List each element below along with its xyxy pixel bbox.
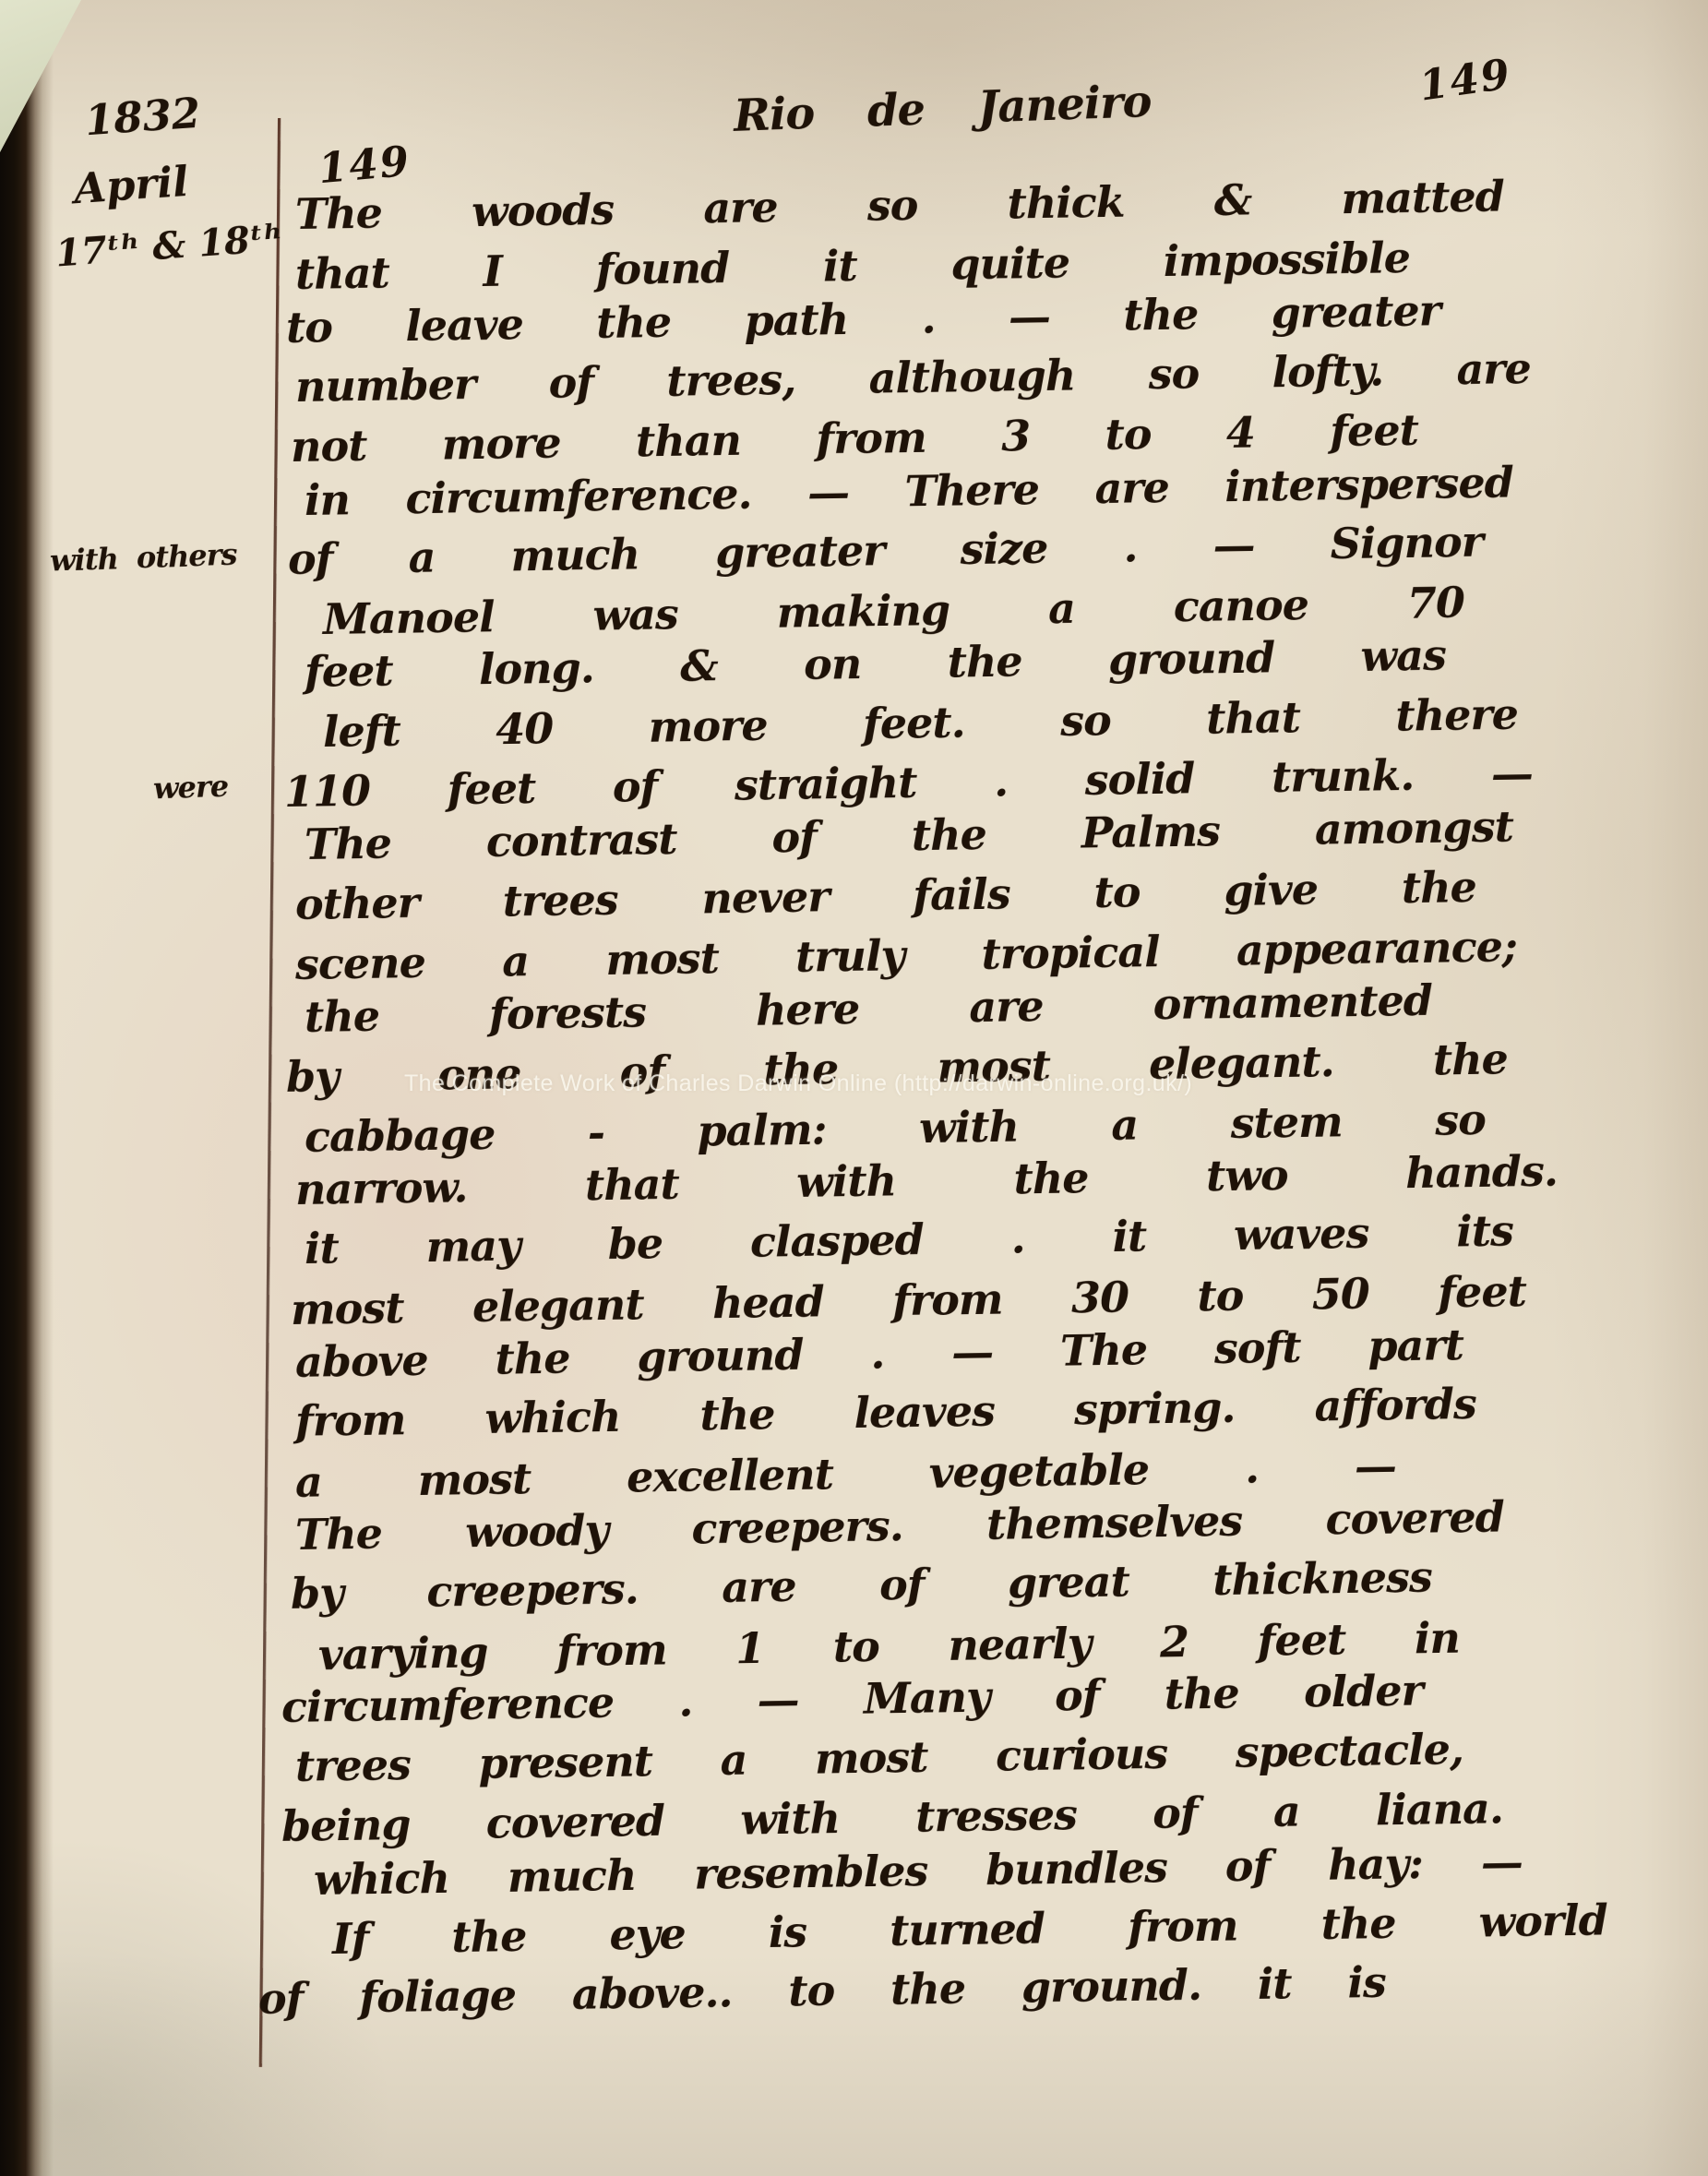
manuscript-word: - [587, 1107, 604, 1157]
manuscript-word: the [1401, 862, 1476, 913]
manuscript-word: feet [305, 646, 393, 697]
manuscript-word: the [1164, 1668, 1239, 1718]
manuscript-word: head [712, 1276, 824, 1328]
watermark: The Complete Work of Charles Darwin Onli… [404, 1070, 1192, 1097]
manuscript-word: the [1320, 1898, 1396, 1949]
manuscript-word: was [1360, 630, 1446, 681]
manuscript-word: contrast [485, 814, 676, 867]
manuscript-word: of [548, 357, 593, 408]
manuscript-word: the [305, 991, 380, 1042]
manuscript-word: with [740, 1793, 841, 1845]
manuscript-word: much [510, 529, 639, 580]
manuscript-word: present [478, 1736, 652, 1788]
manuscript-word: of [258, 1974, 304, 2025]
manuscript-word: the [911, 809, 986, 860]
manuscript-word: to [1105, 409, 1152, 460]
manuscript-word: other [295, 878, 420, 929]
manuscript-word: that [295, 248, 390, 300]
manuscript-word: it [823, 241, 858, 292]
manuscript-word: . [921, 293, 936, 342]
manuscript-word: — [1480, 1836, 1523, 1887]
manuscript-word: its [1456, 1206, 1513, 1257]
manuscript-word: 30 [1071, 1272, 1129, 1322]
manuscript-word: most [291, 1283, 404, 1334]
manuscript-word: interspersed [1224, 457, 1513, 511]
manuscript-word: 1 [735, 1622, 765, 1672]
manuscript-word: 2 [1160, 1617, 1189, 1667]
manuscript-word: most [417, 1453, 531, 1505]
manuscript-word: so [866, 180, 917, 231]
manuscript-word: that [585, 1159, 680, 1211]
manuscript-word: The [305, 819, 392, 869]
manuscript-word: quite [950, 238, 1069, 290]
manuscript-word: the [495, 1333, 570, 1384]
manuscript-word: trees, [666, 354, 796, 406]
manuscript-word: a [1048, 583, 1076, 633]
manuscript-word: & [1213, 175, 1251, 226]
manuscript-word: a [1111, 1099, 1139, 1149]
manuscript-word: that [1206, 692, 1301, 744]
manuscript-word: curious [996, 1728, 1168, 1781]
manuscript-word: I [483, 246, 502, 296]
manuscript-word: Palms [1081, 807, 1220, 858]
manuscript-word: of [771, 812, 817, 863]
manuscript-word: . [1245, 1442, 1260, 1492]
manuscript-word: in [1414, 1612, 1460, 1663]
manuscript-word: themselves [986, 1496, 1243, 1549]
manuscript-word: straight [735, 758, 917, 810]
manuscript-word: of [288, 533, 333, 584]
manuscript-word: tropical [981, 927, 1160, 979]
manuscript-word: — [807, 467, 850, 518]
manuscript-word: older [1304, 1665, 1424, 1716]
manuscript-word: left [323, 705, 401, 756]
manuscript-word: ground. [1021, 1960, 1201, 2013]
manuscript-word: canoe [1173, 580, 1308, 631]
manuscript-word: most [605, 933, 719, 985]
manuscript-word: thickness [1212, 1552, 1432, 1606]
manuscript-word: is [1347, 1957, 1386, 2008]
manuscript-word: the [1432, 1034, 1508, 1084]
manuscript-word: although [868, 350, 1075, 402]
manuscript-word: above.. [571, 1967, 732, 2020]
manuscript-word: from [295, 1395, 406, 1447]
manuscript-word: is [768, 1907, 806, 1957]
margin-date-month: April [72, 157, 190, 214]
manuscript-word: to [1197, 1270, 1244, 1321]
manuscript-word: feet [447, 763, 535, 814]
manuscript-word: — [1354, 1441, 1396, 1491]
manuscript-word: There [904, 464, 1039, 516]
manuscript-word: to [832, 1620, 879, 1671]
manuscript-word: a [720, 1735, 747, 1785]
manuscript-word: was [592, 589, 678, 640]
margin-note: were [152, 769, 228, 807]
manuscript-word: waves [1234, 1208, 1369, 1260]
manuscript-word: appearance; [1236, 921, 1517, 975]
manuscript-word: . [994, 756, 1009, 806]
manuscript-word: 50 [1311, 1268, 1369, 1319]
manuscript-word: a [1272, 1787, 1300, 1836]
manuscript-word: trees [295, 1740, 412, 1791]
manuscript-word: from [816, 412, 926, 464]
manuscript-word: spring. [1074, 1382, 1236, 1435]
manuscript-word: amongst [1315, 802, 1514, 855]
manuscript-word: matted [1341, 172, 1504, 224]
manuscript-word: . [678, 1676, 693, 1726]
manuscript-word: nearly [948, 1618, 1092, 1669]
manuscript-word: it [1112, 1212, 1147, 1262]
manuscript-word: impossible [1163, 233, 1410, 286]
manuscript-word: are [969, 981, 1044, 1032]
manuscript-word: are [703, 182, 778, 233]
manuscript-word: not [291, 421, 367, 472]
manuscript-word: Manoel [323, 592, 495, 644]
manuscript-word: ground [637, 1330, 804, 1382]
manuscript-word: of [1055, 1670, 1100, 1721]
manuscript-word: there [1395, 688, 1518, 740]
book-spine [0, 0, 54, 2176]
manuscript-word: here [756, 984, 860, 1035]
manuscript-word: are [1094, 462, 1169, 513]
manuscript-word: a [295, 1456, 323, 1506]
manuscript-word: feet [1438, 1266, 1526, 1317]
manuscript-word: palm: [697, 1104, 827, 1155]
manuscript-word: turned [890, 1904, 1045, 1955]
manuscript-word: feet [1257, 1614, 1345, 1665]
manuscript-word: from [1128, 1900, 1238, 1952]
manuscript-word: to [1093, 867, 1141, 917]
manuscript-word: spectacle, [1235, 1724, 1463, 1777]
manuscript-word: never [701, 871, 830, 923]
manuscript-word: The [1060, 1324, 1148, 1375]
manuscript-word: which [314, 1853, 450, 1905]
manuscript-word: . [870, 1329, 885, 1379]
manuscript-word: covered [1325, 1491, 1504, 1544]
manuscript-word: with [796, 1155, 897, 1207]
manuscript-word: greater [1271, 285, 1440, 338]
manuscript-word: covered [485, 1796, 664, 1848]
page-number-left: 149 [317, 137, 412, 194]
manuscript-word: lofty. [1272, 345, 1383, 397]
manuscript-word: eye [609, 1908, 686, 1959]
manuscript-word: 110 [284, 766, 371, 817]
manuscript-word: may [425, 1221, 520, 1273]
manuscript-word: tresses [915, 1790, 1078, 1843]
manuscript-word: creepers. [691, 1500, 903, 1553]
manuscript-word: affords [1314, 1379, 1476, 1431]
manuscript-word: are [722, 1561, 796, 1612]
manuscript-word: the [596, 296, 672, 347]
manuscript-word: greater [715, 525, 885, 578]
manuscript-word: woods [472, 185, 615, 236]
manuscript-word: leaves [854, 1386, 995, 1438]
manuscript-word: & [680, 641, 718, 692]
manuscript-word: the [451, 1911, 527, 1962]
manuscript-word: circumference. [405, 468, 752, 523]
margin-note: with others [49, 536, 237, 578]
manuscript-word: bundles [985, 1842, 1168, 1895]
manuscript-word: great [1008, 1557, 1130, 1608]
manuscript-word: the [890, 1964, 966, 2015]
manuscript-word: more [441, 418, 561, 470]
manuscript-word: — [951, 1327, 994, 1378]
manuscript-word: clasped [750, 1214, 925, 1267]
manuscript-word: vegetable [928, 1444, 1149, 1498]
manuscript-word: — [1009, 291, 1051, 341]
manuscript-word: in [305, 474, 351, 525]
manuscript-word: . [1010, 1214, 1025, 1263]
manuscript-word: varying [318, 1627, 488, 1680]
manuscript-word: most [815, 1732, 928, 1784]
manuscript-word: The [295, 188, 383, 239]
manuscript-word: 40 [496, 703, 554, 754]
manuscript-word: trees [502, 874, 618, 926]
manuscript-word: The [295, 1508, 383, 1559]
manuscript-word: ornamented [1153, 975, 1432, 1029]
manuscript-word: part [1368, 1320, 1463, 1371]
manuscript-word: than [636, 415, 742, 467]
manuscript-word: creepers. [426, 1564, 639, 1617]
manuscript-word: the [1123, 289, 1199, 340]
manuscript-word: If [332, 1913, 369, 1964]
manuscript-word: hands. [1405, 1146, 1559, 1198]
manuscript-word: resembles [694, 1846, 928, 1899]
manuscript-word: fails [913, 868, 1010, 920]
manuscript-word: 4 [1225, 408, 1255, 458]
manuscript-word: be [607, 1219, 663, 1270]
manuscript-word: to [788, 1966, 835, 2016]
margin-date-year: 1832 [83, 89, 202, 146]
manuscript-word: world [1478, 1895, 1607, 1947]
manuscript-word: scene [295, 938, 426, 989]
manuscript-word: by [286, 1051, 340, 1102]
manuscript-word: the [699, 1390, 775, 1441]
manuscript-word: solid [1084, 753, 1194, 805]
manuscript-word: feet. [863, 697, 965, 748]
manuscript-word: cabbage [305, 1109, 496, 1162]
manuscript-word: from [556, 1624, 667, 1676]
manuscript-word: path [744, 294, 848, 346]
manuscript-word: — [1490, 748, 1533, 799]
manuscript-word: of [879, 1560, 925, 1610]
manuscript-word: it [1257, 1959, 1292, 2010]
manuscript-word: truly [795, 930, 905, 982]
manuscript-word: number [295, 359, 476, 412]
manuscript-word: 3 [1001, 411, 1031, 460]
manuscript-word: excellent [627, 1449, 834, 1501]
manuscript-word: two [1206, 1150, 1288, 1201]
manuscript-word: more [648, 700, 768, 752]
manuscript-word: elegant [472, 1279, 644, 1332]
manuscript-word: so [1435, 1094, 1486, 1145]
manuscript-word: forests [489, 987, 647, 1040]
manuscript-word: so [1060, 695, 1111, 746]
manuscript-word: the [1013, 1153, 1089, 1203]
manuscript-word: of [612, 761, 657, 812]
manuscript-word: stem [1230, 1096, 1343, 1148]
manuscript-word: making [776, 585, 950, 638]
manuscript-word: a [408, 532, 436, 581]
manuscript-word: the [947, 637, 1022, 687]
manuscript-word: with [919, 1101, 1020, 1153]
manuscript-word: long. [479, 643, 595, 695]
manuscript-word: leave [405, 299, 523, 351]
manuscript-word: . [1123, 521, 1138, 571]
manuscript-word: size [960, 523, 1048, 574]
manuscript-word: hay: [1328, 1838, 1424, 1890]
manuscript-word: of [1224, 1840, 1270, 1891]
manuscript-word: on [804, 639, 862, 689]
manuscript-word: by [291, 1568, 344, 1619]
manuscript-word: to [286, 302, 333, 353]
manuscript-word: are [1456, 343, 1531, 394]
manuscript-word: so [1148, 348, 1199, 399]
manuscript-word: soft [1213, 1322, 1300, 1373]
manuscript-word: much [507, 1850, 636, 1902]
manuscript-word: it [305, 1224, 340, 1274]
manuscript-word: — [1212, 520, 1255, 570]
manuscript-word: from [892, 1273, 1003, 1325]
manuscript-word: a [502, 936, 530, 986]
manuscript-word: woody [465, 1505, 609, 1557]
manuscript-word: thick [1007, 177, 1125, 229]
manuscript-word: narrow. [295, 1162, 468, 1214]
scanned-diary-page: { "page": { "page_number_left": "149", "… [0, 0, 1708, 2176]
manuscript-word: Signor [1330, 517, 1483, 568]
manuscript-word: 70 [1406, 578, 1464, 628]
manuscript-word: found [595, 243, 729, 294]
manuscript-word: — [757, 1674, 799, 1725]
manuscript-word: Many [863, 1671, 990, 1723]
manuscript-word: circumference [281, 1677, 615, 1731]
manuscript-word: trunk. [1272, 750, 1415, 802]
manuscript-word: above [295, 1335, 428, 1387]
manuscript-word: feet [1330, 405, 1418, 456]
manuscript-word: ground [1108, 633, 1275, 686]
manuscript-word: give [1224, 864, 1318, 915]
manuscript-word: foliage [359, 1970, 516, 2023]
manuscript-word: being [281, 1799, 411, 1851]
manuscript-word: of [1153, 1788, 1198, 1839]
manuscript-word: which [484, 1392, 621, 1443]
manuscript-word: liana. [1375, 1784, 1503, 1835]
